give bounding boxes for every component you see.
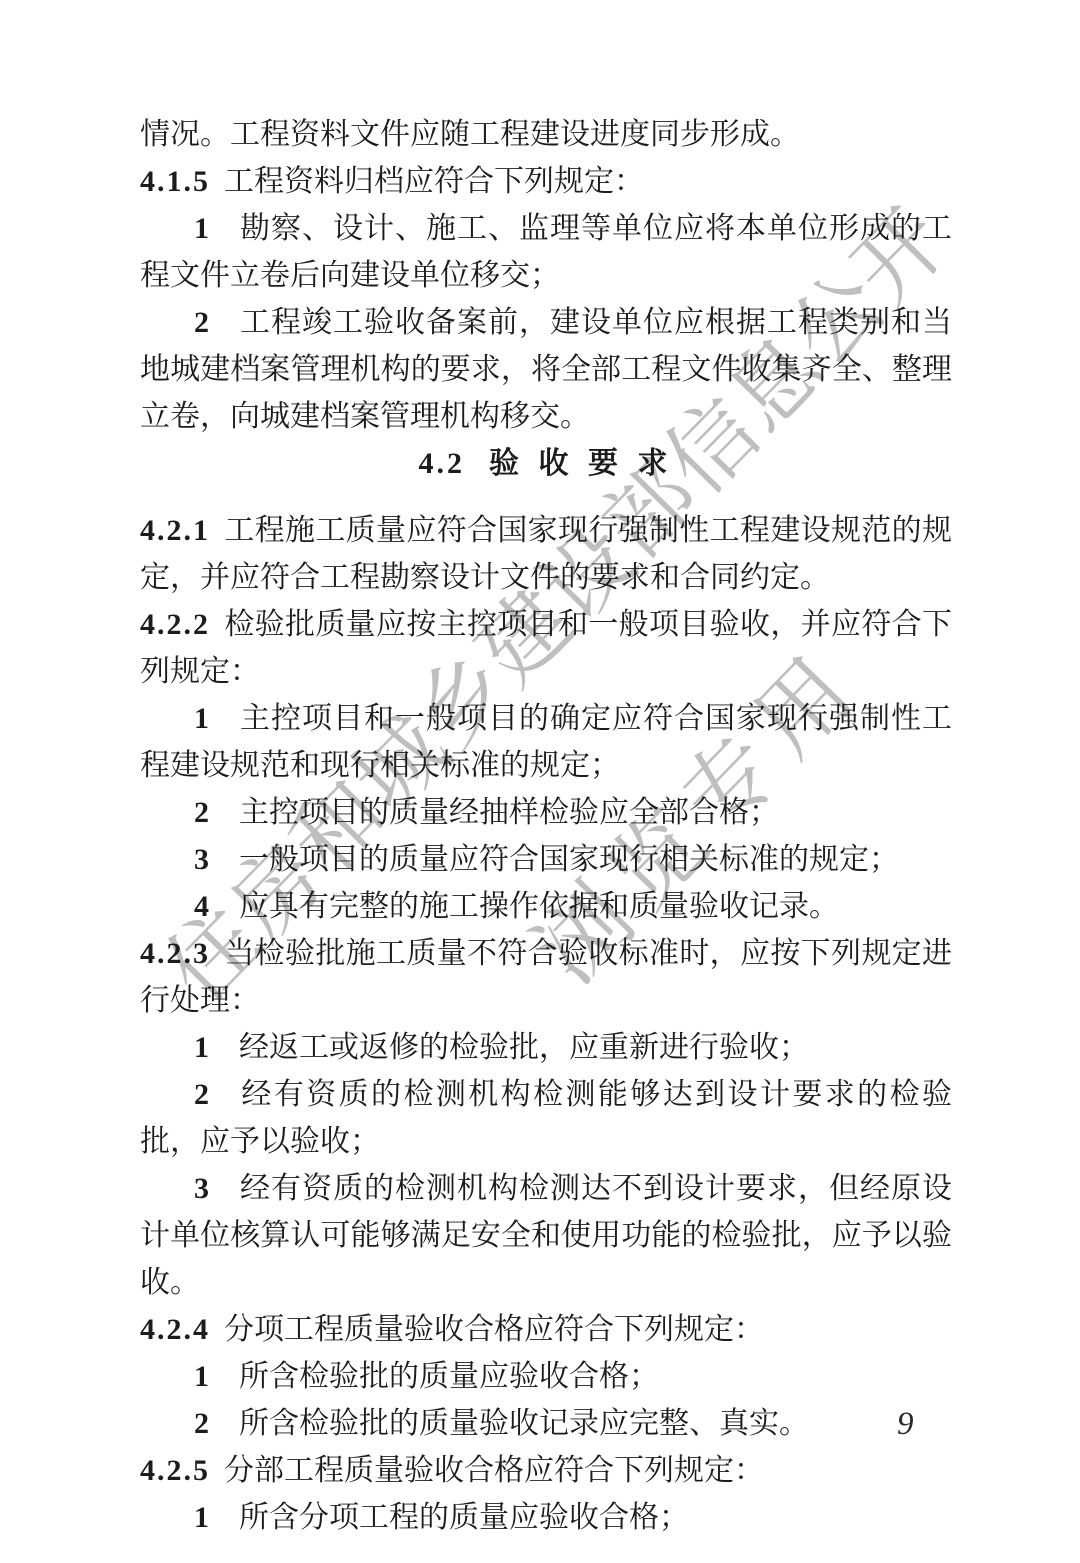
list-item: 1主控项目和一般项目的确定应符合国家现行强制性工程建设规范和现行相关标准的规定； bbox=[140, 695, 952, 789]
clause-number: 4.2.4 bbox=[140, 1313, 210, 1346]
list-item: 2工程竣工验收备案前，建设单位应根据工程类别和当地城建档案管理机构的要求，将全部… bbox=[140, 299, 952, 440]
list-item: 3一般项目的质量应符合国家现行相关标准的规定； bbox=[140, 836, 952, 883]
list-item: 1所含检验批的质量应验收合格； bbox=[140, 1353, 952, 1400]
item-number: 4 bbox=[194, 890, 209, 923]
clause-text: 分部工程质量验收合格应符合下列规定： bbox=[224, 1454, 764, 1487]
list-item: 4应具有完整的施工操作依据和质量验收记录。 bbox=[140, 883, 952, 930]
item-number: 2 bbox=[194, 306, 209, 339]
item-text: 主控项目和一般项目的确定应符合国家现行强制性工程建设规范和现行相关标准的规定； bbox=[140, 702, 952, 782]
list-item: 1经返工或返修的检验批，应重新进行验收； bbox=[140, 1024, 952, 1071]
page-body-text: 情况。工程资料文件应随工程建设进度同步形成。 4.1.5工程资料归档应符合下列规… bbox=[140, 111, 952, 1541]
item-text: 所含分项工程的质量应验收合格； bbox=[239, 1501, 689, 1534]
list-item: 1所含分项工程的质量应验收合格； bbox=[140, 1494, 952, 1541]
item-text: 经有资质的检测机构检测达不到设计要求，但经原设计单位核算认可能够满足安全和使用功… bbox=[140, 1172, 952, 1299]
clause-text: 工程资料归档应符合下列规定： bbox=[224, 165, 644, 198]
item-text: 经返工或返修的检验批，应重新进行验收； bbox=[239, 1031, 809, 1064]
item-number: 1 bbox=[194, 1360, 209, 1393]
clause-number: 4.2.2 bbox=[140, 608, 210, 641]
item-text: 所含检验批的质量验收记录应完整、真实。 bbox=[239, 1407, 809, 1440]
clause-text: 检验批质量应按主控项目和一般项目验收，并应符合下列规定： bbox=[140, 608, 952, 688]
item-number: 3 bbox=[194, 843, 209, 876]
item-number: 1 bbox=[194, 1501, 209, 1534]
item-number: 1 bbox=[194, 212, 209, 245]
list-item: 3经有资质的检测机构检测达不到设计要求，但经原设计单位核算认可能够满足安全和使用… bbox=[140, 1165, 952, 1306]
clause-number: 4.1.5 bbox=[140, 165, 210, 198]
list-item: 2所含检验批的质量验收记录应完整、真实。 bbox=[140, 1400, 952, 1447]
item-number: 2 bbox=[194, 1407, 209, 1440]
clause-4-2-1: 4.2.1工程施工质量应符合国家现行强制性工程建设规范的规定，并应符合工程勘察设… bbox=[140, 507, 952, 601]
clause-4-2-4: 4.2.4分项工程质量验收合格应符合下列规定： bbox=[140, 1306, 952, 1353]
clause-number: 4.2.5 bbox=[140, 1454, 210, 1487]
item-number: 2 bbox=[194, 796, 209, 829]
item-text: 应具有完整的施工操作依据和质量验收记录。 bbox=[239, 890, 839, 923]
item-text: 经有资质的检测机构检测能够达到设计要求的检验批，应予以验收； bbox=[140, 1078, 952, 1158]
list-item: 2经有资质的检测机构检测能够达到设计要求的检验批，应予以验收； bbox=[140, 1071, 952, 1165]
page-number: 9 bbox=[897, 1406, 914, 1443]
item-text: 勘察、设计、施工、监理等单位应将本单位形成的工程文件立卷后向建设单位移交； bbox=[140, 212, 952, 292]
item-number: 1 bbox=[194, 702, 209, 735]
section-heading-4-2: 4.2验 收 要 求 bbox=[140, 440, 952, 487]
clause-text: 当检验批施工质量不符合验收标准时，应按下列规定进行处理： bbox=[140, 937, 952, 1017]
clause-4-2-3: 4.2.3当检验批施工质量不符合验收标准时，应按下列规定进行处理： bbox=[140, 930, 952, 1024]
item-number: 2 bbox=[194, 1078, 209, 1111]
list-item: 1勘察、设计、施工、监理等单位应将本单位形成的工程文件立卷后向建设单位移交； bbox=[140, 205, 952, 299]
section-title: 验 收 要 求 bbox=[489, 447, 674, 480]
document-page: 住房和城乡建设部信息公开 浏览专用 情况。工程资料文件应随工程建设进度同步形成。… bbox=[0, 0, 1080, 1563]
item-number: 3 bbox=[194, 1172, 209, 1205]
item-number: 1 bbox=[194, 1031, 209, 1064]
section-number: 4.2 bbox=[419, 447, 466, 480]
paragraph-text: 情况。工程资料文件应随工程建设进度同步形成。 bbox=[140, 118, 800, 151]
clause-text: 分项工程质量验收合格应符合下列规定： bbox=[224, 1313, 764, 1346]
item-text: 一般项目的质量应符合国家现行相关标准的规定； bbox=[239, 843, 899, 876]
continued-paragraph: 情况。工程资料文件应随工程建设进度同步形成。 bbox=[140, 111, 952, 158]
clause-4-2-2: 4.2.2检验批质量应按主控项目和一般项目验收，并应符合下列规定： bbox=[140, 601, 952, 695]
item-text: 主控项目的质量经抽样检验应全部合格； bbox=[239, 796, 779, 829]
clause-text: 工程施工质量应符合国家现行强制性工程建设规范的规定，并应符合工程勘察设计文件的要… bbox=[140, 514, 952, 594]
clause-4-2-5: 4.2.5分部工程质量验收合格应符合下列规定： bbox=[140, 1447, 952, 1494]
item-text: 所含检验批的质量应验收合格； bbox=[239, 1360, 659, 1393]
list-item: 2主控项目的质量经抽样检验应全部合格； bbox=[140, 789, 952, 836]
clause-4-1-5: 4.1.5工程资料归档应符合下列规定： bbox=[140, 158, 952, 205]
clause-number: 4.2.3 bbox=[140, 937, 210, 970]
item-text: 工程竣工验收备案前，建设单位应根据工程类别和当地城建档案管理机构的要求，将全部工… bbox=[140, 306, 952, 433]
clause-number: 4.2.1 bbox=[140, 514, 210, 547]
